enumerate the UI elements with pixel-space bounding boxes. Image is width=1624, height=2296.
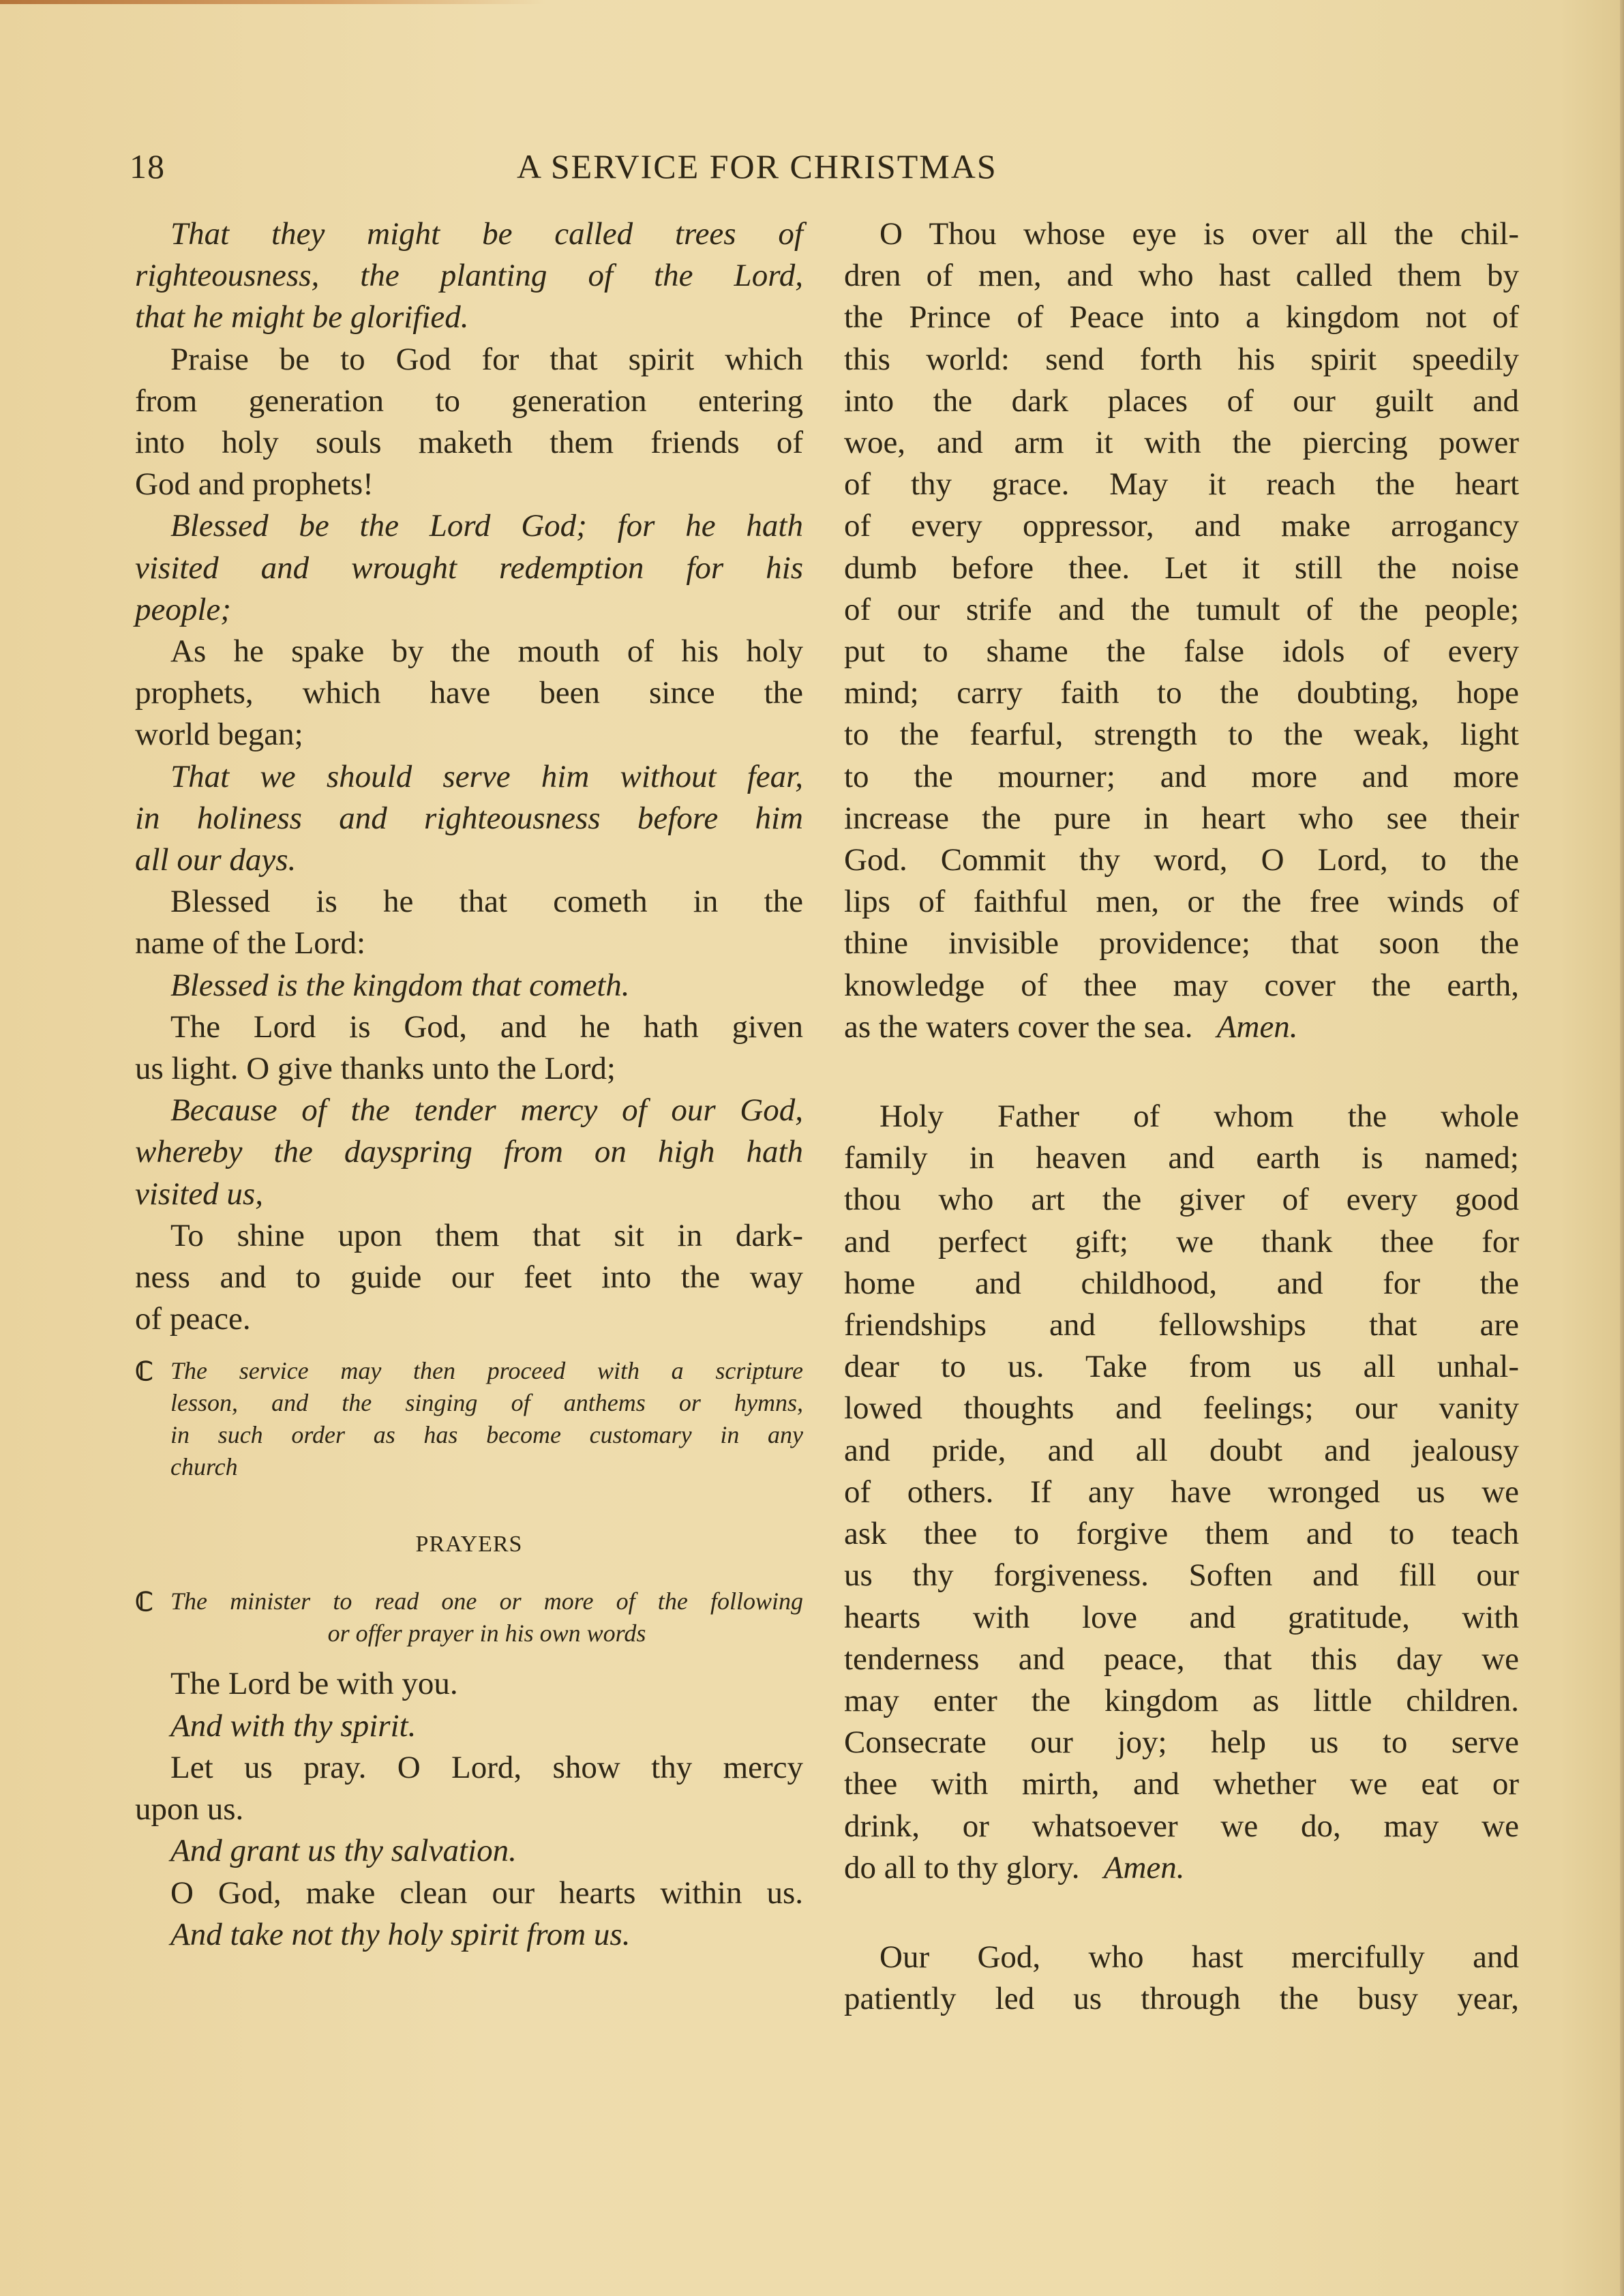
text-line: thine invisible providence; that soon th… [844, 923, 1519, 964]
text-line: of thy grace. May it reach the heart [844, 464, 1519, 505]
spacer [844, 1889, 1519, 1937]
text-line: to the fearful, strength to the weak, li… [844, 714, 1519, 756]
response-line: And with thy spirit. [135, 1705, 803, 1747]
text-line: woe, and arm it with the piercing power [844, 422, 1519, 464]
rubric-minister-instruction: ℂ The minister to read one or more of th… [135, 1585, 803, 1650]
versicle-lord-is-god: The Lord is God, and he hath given us li… [135, 1007, 803, 1090]
text-line-with-amen: do all to thy glory. Amen. [844, 1847, 1519, 1889]
text-line: Holy Father of whom the whole [844, 1096, 1519, 1137]
text-line: dumb before thee. Let it still the noise [844, 548, 1519, 589]
rubric-line: or offer prayer in his own words [135, 1617, 803, 1650]
text-line: home and childhood, and for the [844, 1263, 1519, 1304]
text-line: drink, or whatsoever we do, may we [844, 1806, 1519, 1847]
left-column: That they might be called trees of right… [135, 213, 803, 1956]
text-line: from generation to generation entering [135, 381, 803, 422]
versicles-list: The Lord be with you. And with thy spiri… [135, 1663, 803, 1955]
text-line: That we should serve him without fear, [135, 756, 803, 798]
text-line: of others. If any have wronged us we [844, 1472, 1519, 1513]
text-line: ness and to guide our feet into the way [135, 1257, 803, 1298]
right-column: O Thou whose eye is over all the chil- d… [844, 213, 1519, 2020]
text-line: this world: send forth his spirit speedi… [844, 339, 1519, 381]
text-line: As he spake by the mouth of his holy [135, 631, 803, 672]
text-line: Consecrate our joy; help us to serve [844, 1722, 1519, 1763]
page-number: 18 [130, 147, 165, 186]
text-line: Praise be to God for that spirit which [135, 339, 803, 381]
text-line: Our God, who hast mercifully and [844, 1937, 1519, 1978]
text-line: us thy forgiveness. Soften and fill our [844, 1555, 1519, 1596]
page-top-edge-stain [0, 0, 545, 4]
rubric-line: lesson, and the singing of anthems or hy… [135, 1387, 803, 1419]
text-line: tenderness and peace, that this day we [844, 1639, 1519, 1680]
rubric-line: in such order as has become customary in… [135, 1419, 803, 1451]
text-line: O Thou whose eye is over all the chil- [844, 213, 1519, 255]
versicle-blessed-is-he: Blessed is he that cometh in the name of… [135, 881, 803, 964]
page-header: 18 A SERVICE FOR CHRISTMAS [0, 147, 1624, 194]
text-line: mind; carry faith to the doubting, hope [844, 672, 1519, 714]
text-line: and pride, and all doubt and jealousy [844, 1430, 1519, 1472]
versicle-praise-be-to-god: Praise be to God for that spirit which f… [135, 339, 803, 506]
text-fragment: do all to thy glory. [844, 1850, 1080, 1885]
text-line: patiently led us through the busy year, [844, 1978, 1519, 2020]
text-line: increase the pure in heart who see their [844, 798, 1519, 839]
page-right-edge [1620, 0, 1624, 2296]
versicle-line: O God, make clean our hearts within us. [135, 1873, 803, 1914]
rubric-mark-icon: ℂ [135, 1356, 153, 1388]
text-line: To shine upon them that sit in dark- [135, 1215, 803, 1257]
text-line: That they might be called trees of [135, 213, 803, 255]
text-line: Blessed be the Lord God; for he hath [135, 505, 803, 547]
prayer-holy-father: Holy Father of whom the whole family in … [844, 1096, 1519, 1889]
text-line: thou who art the giver of every good [844, 1179, 1519, 1221]
text-line: thee with mirth, and whether we eat or [844, 1763, 1519, 1805]
text-fragment: as the waters cover the sea. [844, 1009, 1193, 1045]
response-trees-of-righteousness: That they might be called trees of right… [135, 213, 803, 339]
text-line: people; [135, 589, 803, 631]
versicle-line: upon us. [135, 1789, 803, 1830]
rubric-line: church [135, 1451, 803, 1483]
text-line: friendships and fellowships that are [844, 1304, 1519, 1346]
text-line: to the mourner; and more and more [844, 756, 1519, 798]
text-line: into the dark places of our guilt and [844, 381, 1519, 422]
text-line: righteousness, the planting of the Lord, [135, 255, 803, 297]
rubric-scripture-lesson: ℂ The service may then proceed with a sc… [135, 1355, 803, 1483]
text-line: and perfect gift; we thank thee for [844, 1221, 1519, 1263]
text-line: lowed thoughts and feelings; our vanity [844, 1388, 1519, 1429]
text-line-with-amen: as the waters cover the sea. Amen. [844, 1007, 1519, 1048]
text-line: put to shame the false idols of every [844, 631, 1519, 672]
spacer [844, 1048, 1519, 1096]
response-line: And take not thy holy spirit from us. [135, 1914, 803, 1956]
book-page: 18 A SERVICE FOR CHRISTMAS That they mig… [0, 0, 1624, 2296]
text-line: into holy souls maketh them friends of [135, 422, 803, 464]
response-line: And grant us thy salvation. [135, 1830, 803, 1872]
response-blessed-be-the-lord: Blessed be the Lord God; for he hath vis… [135, 505, 803, 631]
response-tender-mercy: Because of the tender mercy of our God, … [135, 1090, 803, 1215]
text-line: lips of faithful men, or the free winds … [844, 881, 1519, 923]
text-line: in holiness and righteousness before him [135, 798, 803, 839]
amen-label: Amen. [1104, 1850, 1185, 1885]
text-line: world began; [135, 714, 803, 756]
text-line: Blessed is he that cometh in the [135, 881, 803, 923]
text-line: God and prophets! [135, 464, 803, 505]
text-line: name of the Lord: [135, 923, 803, 964]
text-line: the Prince of Peace into a kingdom not o… [844, 297, 1519, 338]
text-line: whereby the dayspring from on high hath [135, 1131, 803, 1173]
response-serve-without-fear: That we should serve him without fear, i… [135, 756, 803, 882]
text-line: all our days. [135, 839, 803, 881]
text-line: visited and wrought redemption for his [135, 548, 803, 589]
text-line: that he might be glorified. [135, 297, 803, 338]
text-line: dren of men, and who hast called them by [844, 255, 1519, 297]
prayer-our-god-who-hast: Our God, who hast mercifully and patient… [844, 1937, 1519, 2020]
running-title: A SERVICE FOR CHRISTMAS [517, 147, 997, 186]
text-line: The Lord is God, and he hath given [135, 1007, 803, 1048]
text-line: Blessed is the kingdom that cometh. [135, 965, 803, 1007]
text-line: ask thee to forgive them and to teach [844, 1513, 1519, 1555]
text-line: prophets, which have been since the [135, 672, 803, 714]
text-line: knowledge of thee may cover the earth, [844, 965, 1519, 1007]
rubric-mark-icon: ℂ [135, 1587, 153, 1619]
versicle-to-shine-upon-them: To shine upon them that sit in dark- nes… [135, 1215, 803, 1341]
text-line: Because of the tender mercy of our God, [135, 1090, 803, 1131]
versicle-as-he-spake: As he spake by the mouth of his holy pro… [135, 631, 803, 756]
versicle-line: The Lord be with you. [135, 1663, 803, 1705]
text-line: us light. O give thanks unto the Lord; [135, 1048, 803, 1090]
text-line: hearts with love and gratitude, with [844, 1597, 1519, 1639]
response-blessed-is-the-kingdom: Blessed is the kingdom that cometh. [135, 965, 803, 1007]
text-line: of every oppressor, and make arrogancy [844, 505, 1519, 547]
section-heading-prayers: PRAYERS [135, 1531, 803, 1558]
prayer-o-thou-whose-eye: O Thou whose eye is over all the chil- d… [844, 213, 1519, 1048]
text-line: of peace. [135, 1298, 803, 1340]
text-line: God. Commit thy word, O Lord, to the [844, 839, 1519, 881]
text-line: family in heaven and earth is named; [844, 1137, 1519, 1179]
spacer [135, 1650, 803, 1663]
versicle-line: Let us pray. O Lord, show thy mercy [135, 1747, 803, 1789]
text-line: dear to us. Take from us all unhal- [844, 1346, 1519, 1388]
rubric-line: The minister to read one or more of the … [135, 1585, 803, 1617]
amen-label: Amen. [1217, 1009, 1298, 1045]
text-line: of our strife and the tumult of the peop… [844, 589, 1519, 631]
text-line: may enter the kingdom as little children… [844, 1680, 1519, 1722]
text-line: visited us, [135, 1174, 803, 1215]
rubric-line: The service may then proceed with a scri… [135, 1355, 803, 1387]
